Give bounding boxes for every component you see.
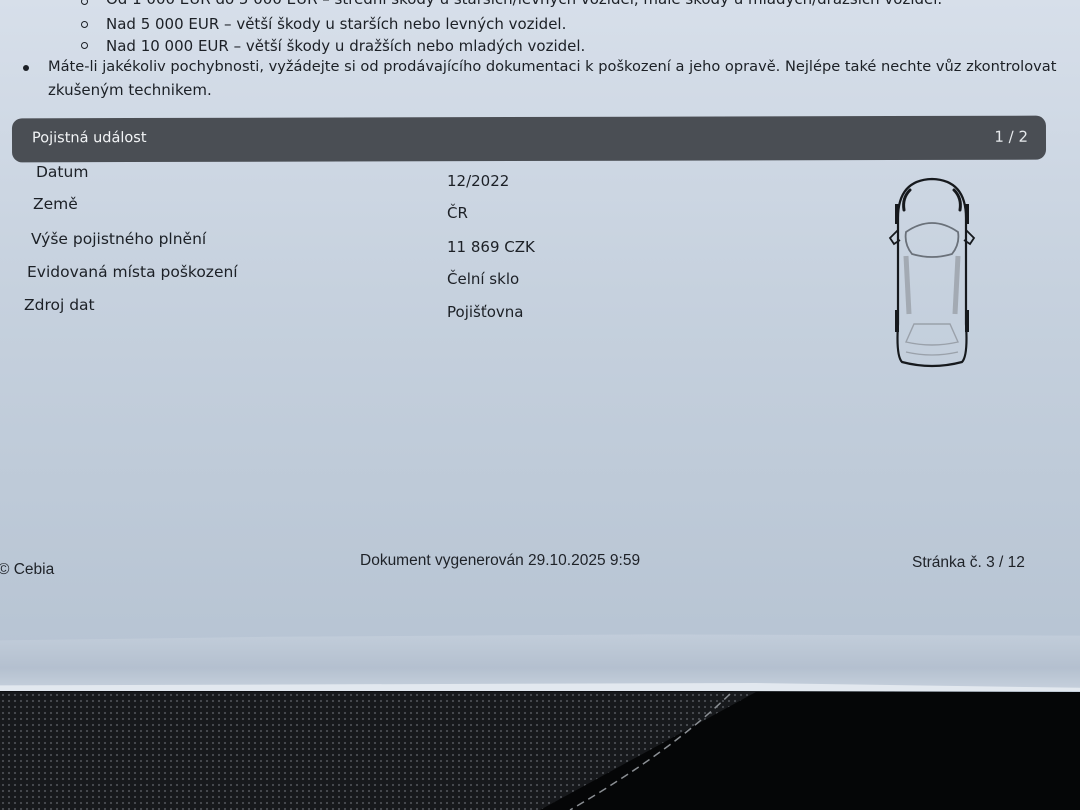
footer-copyright: © Cebia (0, 561, 54, 579)
bullet-main-item: Máte-li jakékoliv pochybnosti, vyžádejte… (48, 58, 1056, 75)
row-value-vyse-plneni: 11 869 CZK (447, 238, 535, 256)
row-label-mista-poskozeni: Evidovaná místa poškození (27, 263, 238, 281)
bullet-hollow-icon (81, 0, 88, 5)
row-label-datum: Datum (36, 163, 88, 181)
row-value-datum: 12/2022 (447, 172, 509, 190)
row-label-zeme: Země (33, 195, 78, 213)
row-label-vyse-plneni: Výše pojistného plnění (31, 230, 206, 248)
section-header: Pojistná událost 1 / 2 (12, 116, 1046, 163)
footer-generated-date: Dokument vygenerován 29.10.2025 9:59 (360, 552, 640, 570)
row-value-mista-poskozeni: Čelní sklo (447, 270, 519, 288)
section-title: Pojistná událost (32, 130, 147, 146)
bullet-hollow-icon (81, 42, 88, 49)
bullet-sub-item: Od 1 000 EUR do 5 000 EUR – střední škod… (106, 0, 942, 8)
bullet-sub-item: Nad 10 000 EUR – větší škody u dražších … (106, 37, 585, 55)
footer-page-number: Stránka č. 3 / 12 (912, 554, 1025, 572)
row-label-zdroj-dat: Zdroj dat (24, 296, 95, 314)
bullet-hollow-icon (81, 21, 88, 28)
bullet-solid-icon (23, 65, 29, 71)
row-value-zeme: ČR (447, 204, 468, 222)
section-pager: 1 / 2 (994, 128, 1028, 146)
bullet-main-item-continued: zkušeným technikem. (48, 81, 212, 99)
seat-stitching (520, 692, 750, 810)
document-page: Od 1 000 EUR do 5 000 EUR – střední škod… (0, 0, 1080, 655)
paper-fold (0, 632, 1080, 692)
car-top-view-icon (882, 174, 982, 374)
row-value-zdroj-dat: Pojišťovna (447, 303, 523, 321)
bullet-sub-item: Nad 5 000 EUR – větší škody u starších n… (106, 15, 566, 33)
